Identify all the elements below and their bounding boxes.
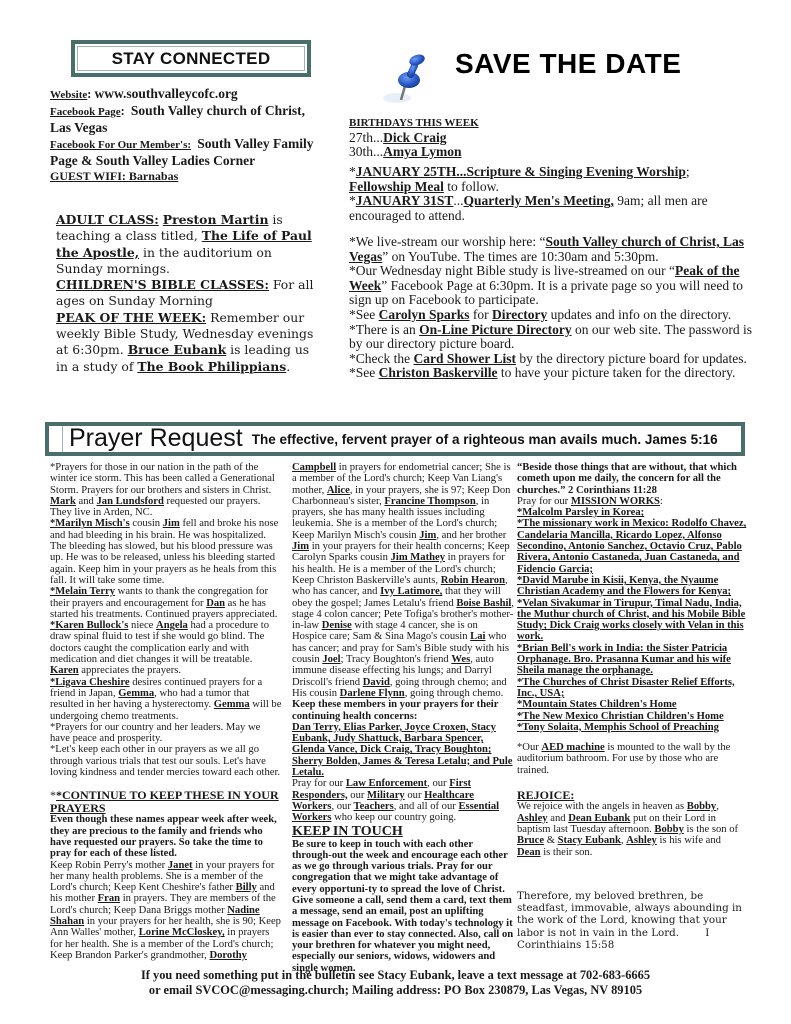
prayer-item: *Karen Bullock's niece Angela had a proc… [50, 620, 282, 676]
footer-line-2: or email SVCOC@messaging.church; Mailing… [0, 983, 791, 998]
stay-connected-box: STAY CONNECTED [71, 40, 311, 77]
stay-connected-title: STAY CONNECTED [112, 49, 271, 69]
events-section: *JANUARY 25TH...Scripture & Singing Even… [349, 165, 759, 223]
birthdays-heading: BIRTHDAYS THIS WEEK [349, 116, 769, 131]
mission-item: *Velan Sivakumar in Tirupur, Timal Nadu,… [517, 598, 747, 643]
event-jan25: JANUARY 25TH...Scripture & Singing Eveni… [356, 164, 686, 179]
directory-note: *See Carolyn Sparks for Directory update… [349, 308, 764, 323]
peak-book: The Book Philippians [137, 359, 286, 374]
mission-item: *Malcolm Parsley in Korea; [517, 507, 747, 518]
rejoice-heading: REJOICE: [517, 790, 747, 801]
mission-item: *Mountain States Children's Home [517, 699, 747, 710]
continue-heading: **CONTINUE TO KEEP THESE IN YOUR PRAYERS [50, 789, 282, 814]
footer-line-1: If you need something put in the bulleti… [0, 968, 791, 983]
prayer-item: *Melain Terry wants to thank the congreg… [50, 586, 282, 620]
adult-class-teacher: Preston Martin [163, 212, 269, 227]
guest-wifi: GUEST WIFI: Barnabas [50, 169, 178, 183]
birthday-name: Dick Craig [383, 130, 446, 145]
contact-info: Website: www.southvalleycofc.org Faceboo… [50, 86, 320, 184]
continue-list-cont: Campbell in prayers for endometrial canc… [292, 462, 514, 699]
prayer-column-3: “Beside those things that are without, t… [517, 462, 747, 951]
online-directory-link[interactable]: On-Line Picture Directory [419, 322, 571, 337]
members-list: Dan Terry, Elias Parker, Joyce Croxen, S… [292, 722, 514, 778]
continue-list: Keep Robin Perry's mother Janet in your … [50, 860, 282, 962]
prayer-column-2: Campbell in prayers for endometrial canc… [292, 462, 514, 974]
livestream-worship: *We live-stream our worship here: “South… [349, 235, 764, 264]
classes-section: ADULT CLASS: Preston Martin is teaching … [56, 212, 318, 375]
prayer-item: *Ligava Cheshire desires continued praye… [50, 677, 282, 722]
birthday-date: 30th... [349, 144, 383, 159]
closing-verse: Therefore, my beloved brethren, be stead… [517, 890, 747, 951]
announcements: *We live-stream our worship here: “South… [349, 235, 764, 381]
mission-item: *The missionary work in Mexico: Rodolfo … [517, 518, 747, 574]
online-directory-note: *There is an On-Line Picture Directory o… [349, 323, 764, 352]
website-label: Website [50, 89, 87, 101]
birthdays-section: BIRTHDAYS THIS WEEK 27th...Dick Craig 30… [349, 116, 769, 160]
keep-in-touch-heading: KEEP IN TOUCH [292, 824, 514, 839]
fellowship-meal: Fellowship Meal [349, 179, 444, 194]
birthday-item: 27th...Dick Craig [349, 131, 769, 146]
mission-item: *Tony Solaita, Memphis School of Preachi… [517, 722, 747, 733]
mission-item: *The New Mexico Christian Children's Hom… [517, 711, 747, 722]
mission-item: *Brian Bell's work in India: the Sister … [517, 643, 747, 677]
facebook-label: Facebook Page [50, 106, 121, 118]
rejoice-text: We rejoice with the angels in heaven as … [517, 801, 747, 857]
birthday-name: Amya Lymon [383, 144, 461, 159]
mission-heading: Pray for our MISSION WORKS: [517, 496, 747, 507]
prayer-item: *Marilyn Misch's cousin Jim fell and bro… [50, 518, 282, 586]
card-shower-note: *Check the Card Shower List by the direc… [349, 352, 764, 367]
livestream-bible-study: *Our Wednesday night Bible study is live… [349, 264, 764, 308]
birthday-item: 30th...Amya Lymon [349, 145, 769, 160]
prayer-item: *Prayers for our country and her leaders… [50, 722, 282, 745]
mens-meeting: Quarterly Men's Meeting, [464, 193, 614, 208]
prayer-request-title: Prayer Request [69, 425, 243, 451]
photo-note: *See Christon Baskerville to have your p… [349, 366, 764, 381]
mission-item: *The Churches of Christ Disaster Relief … [517, 677, 747, 700]
prayer-item: *Let's keep each other in our prayers as… [50, 744, 282, 778]
pushpin-icon [383, 50, 433, 105]
keep-in-touch-text: Be sure to keep in touch with each other… [292, 839, 514, 975]
bulletin-footer: If you need something put in the bulleti… [0, 968, 791, 998]
prayer-request-banner: Prayer Request The effective, fervent pr… [45, 422, 745, 456]
mission-item: *David Marube in Kisii, Kenya, the Nyaum… [517, 575, 747, 598]
peak-label: PEAK OF THE WEEK: [56, 310, 206, 325]
prayer-request-verse: The effective, fervent prayer of a right… [252, 432, 718, 451]
birthday-date: 27th... [349, 130, 383, 145]
pray-for-workers: Pray for our Law Enforcement, our First … [292, 778, 514, 823]
adult-class-label: ADULT CLASS: [56, 212, 159, 227]
prayer-column-1: *Prayers for those in our nation in the … [50, 462, 282, 961]
peak-end: . [286, 359, 290, 374]
peak-leader: Bruce Eubank [128, 342, 227, 357]
event-jan25-rest: to follow. [444, 179, 499, 194]
website-link[interactable]: www.southvalleycofc.org [94, 86, 237, 101]
members-heading: Keep these members in your prayers for t… [292, 699, 514, 722]
children-class-label: CHILDREN'S BIBLE CLASSES: [56, 277, 269, 292]
continue-intro: Even though these names appear week afte… [50, 814, 282, 859]
members-label: Facebook For Our Member's: [50, 139, 191, 151]
aed-note: *Our AED machine is mounted to the wall … [517, 742, 747, 776]
prayer-item: *Prayers for those in our nation in the … [50, 462, 282, 518]
corinthians-quote: “Beside those things that are without, t… [517, 462, 747, 496]
mission-list: *Malcolm Parsley in Korea; *The missiona… [517, 507, 747, 733]
save-the-date-title: SAVE THE DATE [455, 48, 681, 80]
event-jan31: JANUARY 31ST [356, 193, 454, 208]
